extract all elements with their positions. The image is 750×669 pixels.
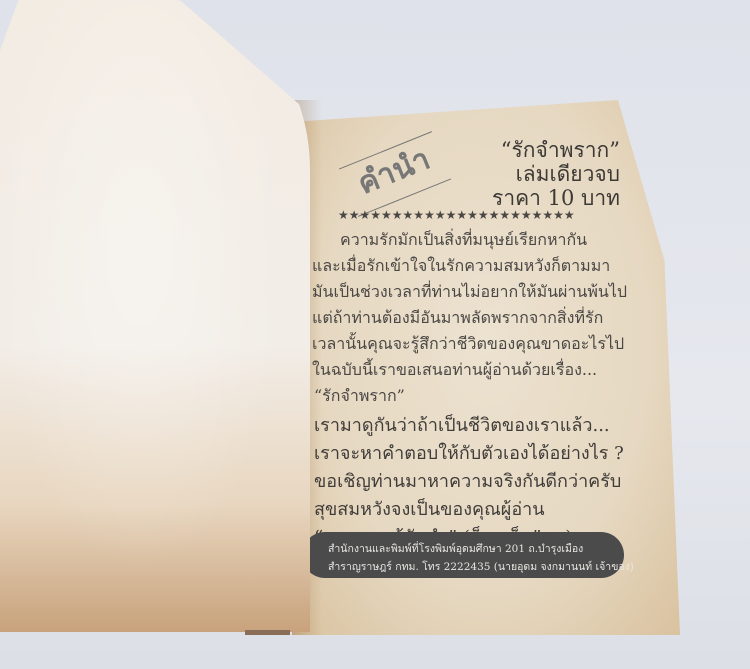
publisher-info-box: สำนักงานและพิมพ์ที่โรงพิมพ์อุดมศึกษา 201… bbox=[302, 532, 624, 578]
text-line: เรามาดูกันว่าถ้าเป็นชีวิตของเราแล้ว... bbox=[314, 410, 610, 439]
text-line: เราจะหาคำตอบให้กับตัวเองได้อย่างไร ? bbox=[314, 438, 624, 467]
text-line: เวลานั้นคุณจะรู้สึกว่าชีวิตของคุณขาดอะไร… bbox=[312, 332, 624, 357]
text-line: ความรักมักเป็นสิ่งที่มนุษย์เรียกหากัน bbox=[340, 228, 587, 253]
text-line: “รักจำพราก” bbox=[314, 384, 405, 409]
text-line: และเมื่อรักเข้าใจในรักความสมหวังก็ตามมา bbox=[312, 254, 610, 279]
left-page-highlight bbox=[0, 0, 310, 632]
text-line: ขอเชิญท่านมาหาความจริงกันดีกว่าครับ bbox=[314, 466, 621, 495]
text-line: แต่ถ้าท่านต้องมีอันมาพลัดพรากจากสิ่งที่ร… bbox=[312, 306, 603, 331]
book-title: “รักจำพราก” bbox=[460, 138, 620, 162]
price-label: ราคา 10 บาท bbox=[460, 186, 620, 210]
text-line: ในฉบับนี้เราขอเสนอท่านผู้อ่านด้วยเรื่อง.… bbox=[312, 358, 597, 383]
text-line: มันเป็นช่วงเวลาที่ท่านไม่อยากให้มันผ่านพ… bbox=[312, 280, 627, 305]
edition-label: เล่มเดียวจบ bbox=[460, 162, 620, 186]
spine-edge bbox=[245, 630, 290, 635]
publisher-line-1: สำนักงานและพิมพ์ที่โรงพิมพ์อุดมศึกษา 201… bbox=[328, 540, 583, 557]
title-block: “รักจำพราก” เล่มเดียวจบ ราคา 10 บาท bbox=[460, 138, 620, 210]
book-photo: คำนำ “รักจำพราก” เล่มเดียวจบ ราคา 10 บาท… bbox=[0, 0, 750, 669]
star-divider: ★★★★★★★★★★★★★★★★★★★★★★ bbox=[338, 208, 628, 222]
publisher-line-2: สำราญราษฎร์ กทม. โทร 2222435 (นายอุดม จง… bbox=[328, 558, 634, 575]
text-line: สุขสมหวังจงเป็นของคุณผู้อ่าน bbox=[314, 494, 545, 523]
